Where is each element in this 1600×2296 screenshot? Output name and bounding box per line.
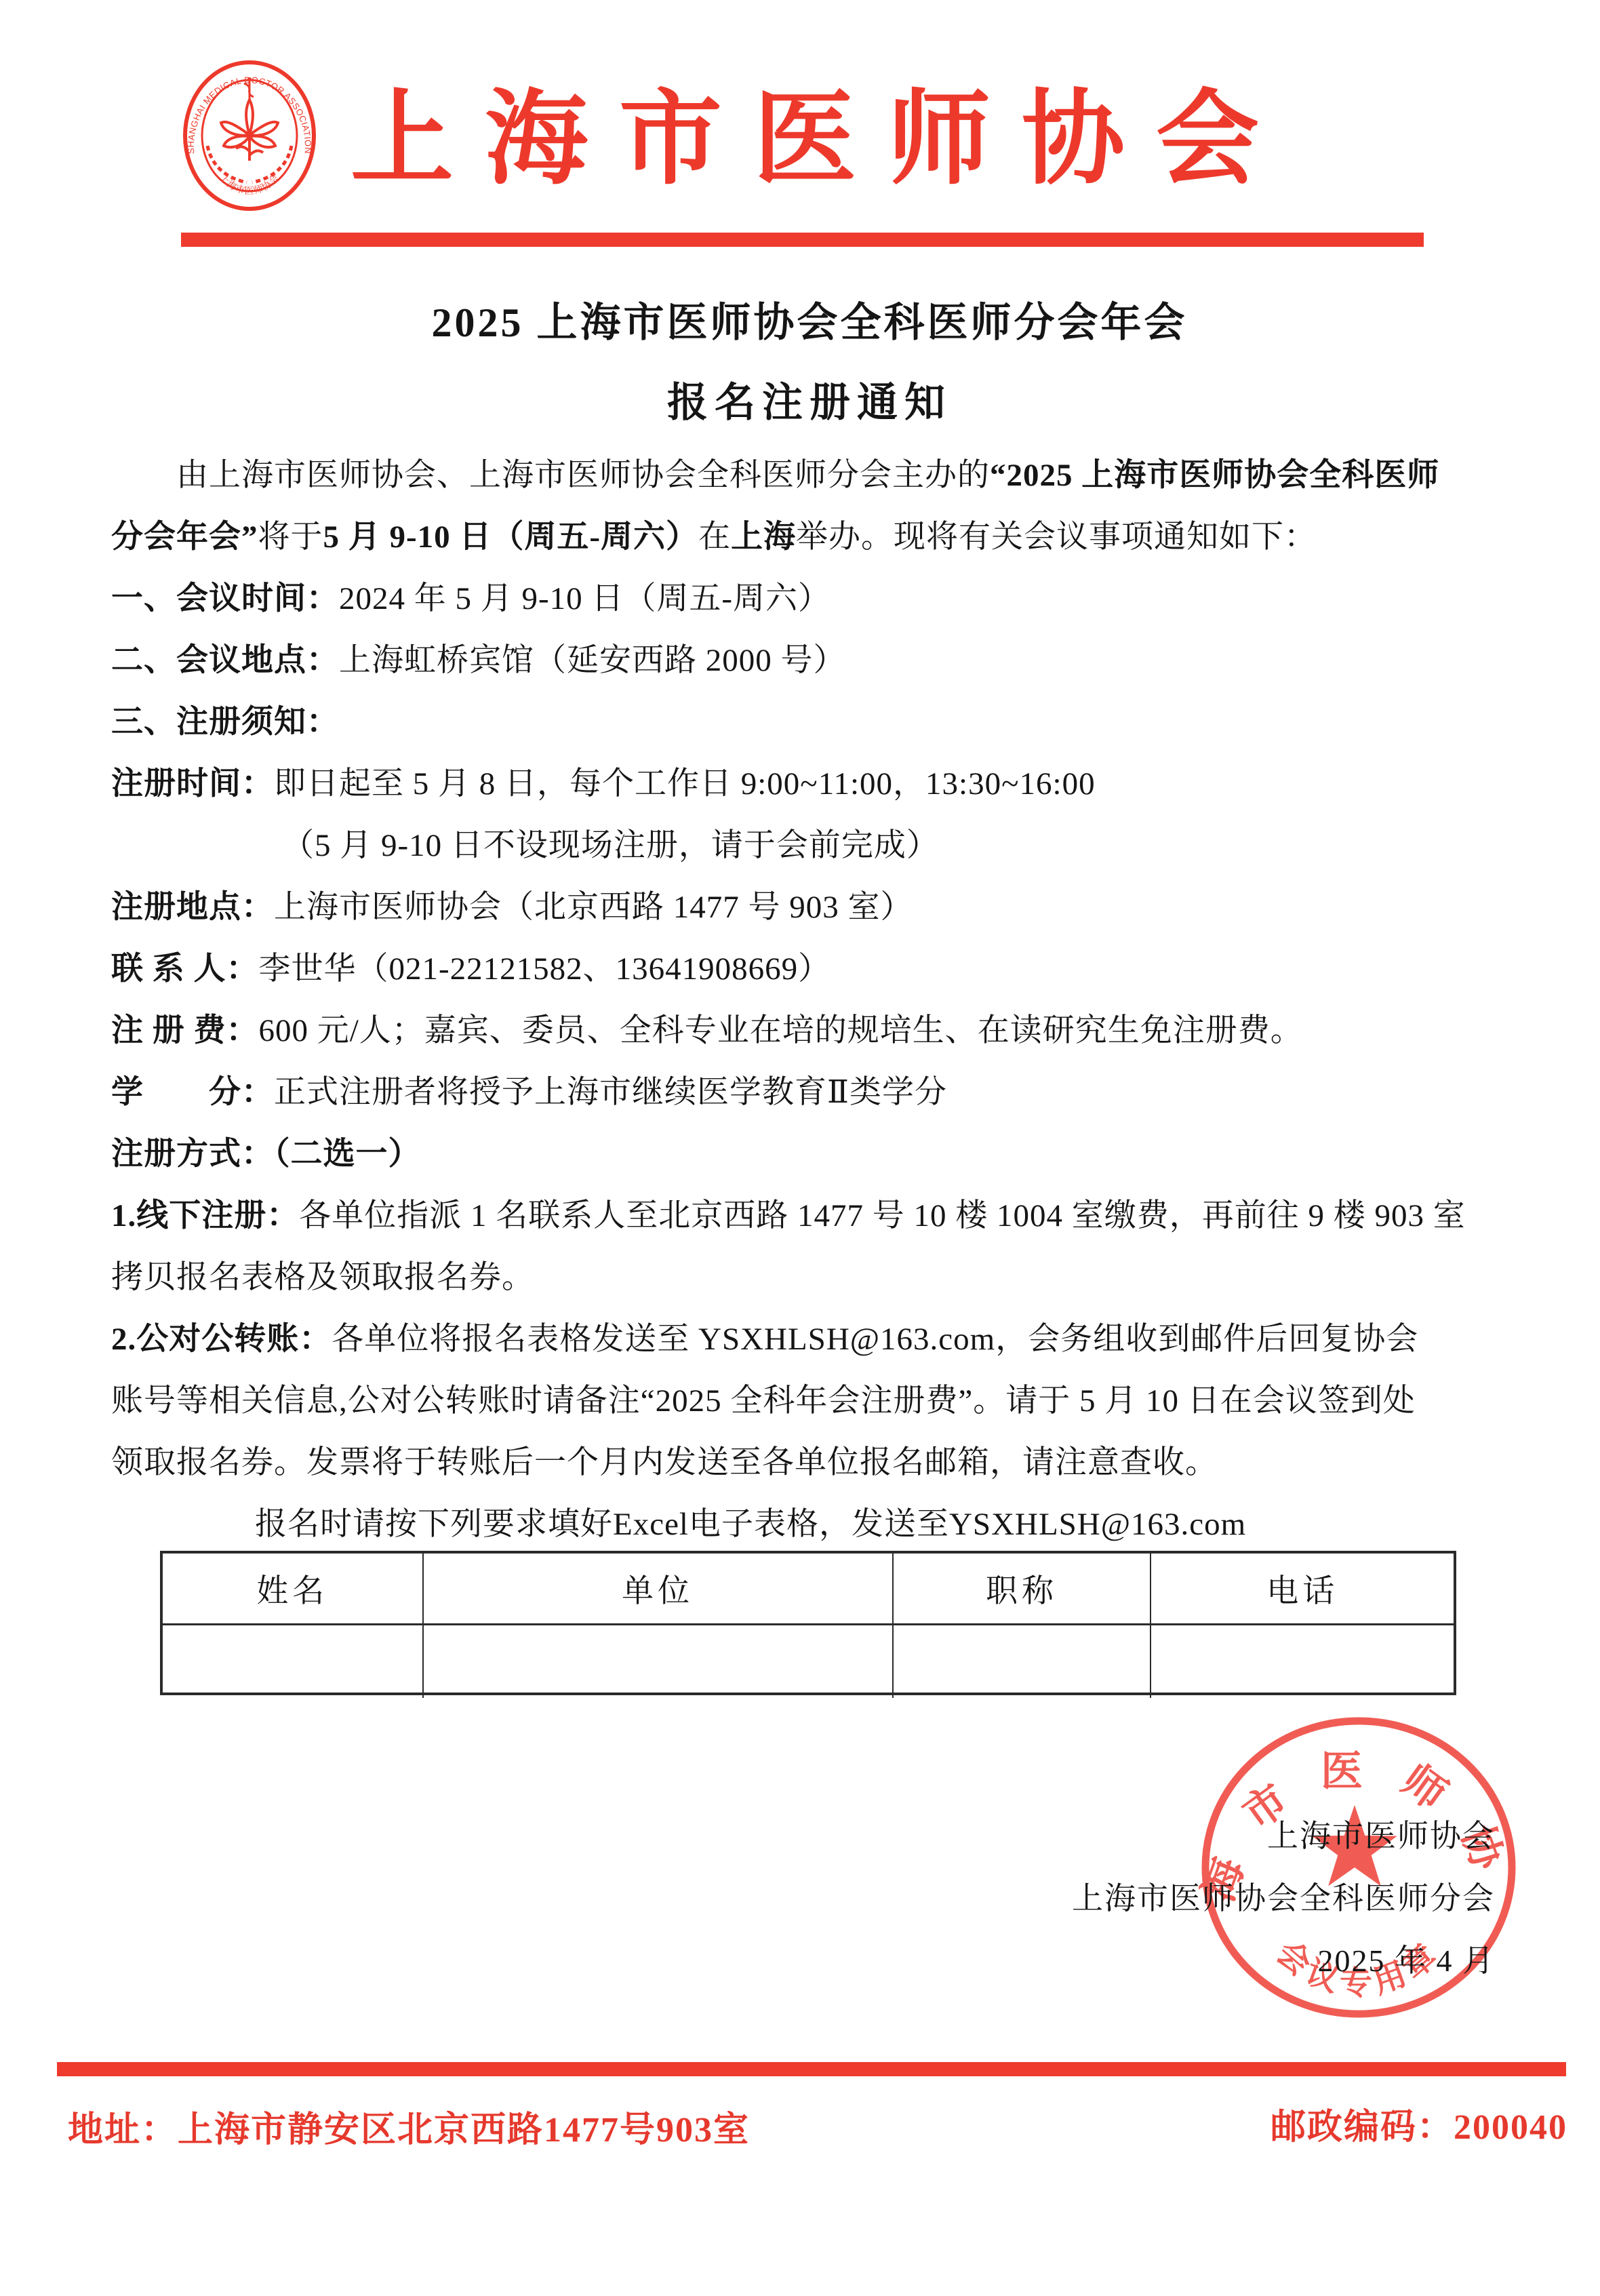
text-segment: “2025 上海市医师协会全科医师 [990, 458, 1439, 493]
text-segment: 李世华（021-22121582、13641908669） [259, 951, 831, 987]
signature-block: 上海市医师协会 上海市医师协会全科医师分会 2025 年 4 月 [1072, 1805, 1495, 1992]
header-cell-name: 姓名 [163, 1553, 424, 1623]
text-segment: （5 月 9-10 日不设现场注册，请于会前完成） [282, 828, 939, 863]
signature-line-branch: 上海市医师协会全科医师分会 [1072, 1867, 1495, 1930]
body-line-4: 二、会议地点：上海虹桥宾馆（延安西路 2000 号） [111, 630, 1474, 692]
body-line-17: 领取报名券。发票将于转账后一个月内发送至各单位报名邮箱，请注意查收。 [111, 1432, 1474, 1494]
body-line-2: 分会年会”将于5 月 9-10 日（周五-周六）在上海举办。现将有关会议事项通知… [111, 507, 1474, 568]
body-line-11: 学 分：正式注册者将授予上海市继续医学教育Ⅱ类学分 [111, 1062, 1474, 1124]
body-line-12: 注册方式：（二选一） [111, 1124, 1474, 1185]
body-line-7: （5 月 9-10 日不设现场注册，请于会前完成） [111, 815, 1474, 877]
text-segment: 上海虹桥宾馆（延安西路 2000 号） [339, 643, 846, 678]
body-line-3: 一、会议时间：2024 年 5 月 9-10 日（周五-周六） [111, 568, 1474, 630]
body-line-10: 注 册 费：600 元/人；嘉宾、委员、全科专业在培的规培生、在读研究生免注册费… [111, 1000, 1474, 1062]
body-line-16: 账号等相关信息,公对公转账时请备注“2025 全科年会注册费”。请于 5 月 1… [111, 1370, 1474, 1432]
empty-cell [894, 1625, 1152, 1698]
body-line-18: 报名时请按下列要求填好Excel电子表格，发送至YSXHLSH@163.com [111, 1494, 1474, 1556]
org-title: 上海市医师协会 [115, 87, 1525, 193]
body-line-5: 三、注册须知： [111, 692, 1474, 753]
footer-divider [57, 2062, 1566, 2076]
body-line-13: 1.线下注册：各单位指派 1 名联系人至北京西路 1477 号 10 楼 100… [111, 1185, 1474, 1247]
registration-table: 姓名 单位 职称 电话 [160, 1551, 1456, 1695]
text-segment: 分会年会” [111, 519, 258, 555]
text-segment: 注册时间： [111, 766, 274, 801]
text-segment: 二、会议地点： [111, 643, 339, 678]
text-segment: 联 系 人： [111, 951, 259, 987]
text-segment: 注册地点： [111, 890, 274, 925]
text-segment: 各单位指派 1 名联系人至北京西路 1477 号 10 楼 1004 室缴费，再… [299, 1198, 1466, 1233]
body-line-15: 2.公对公转账：各单位将报名表格发送至 YSXHLSH@163.com，会务组收… [111, 1309, 1474, 1370]
doc-subtitle: 报名注册通知 [111, 370, 1508, 429]
text-segment: 正式注册者将授予上海市继续医学教育Ⅱ类学分 [274, 1075, 947, 1110]
text-segment: 600 元/人；嘉宾、委员、全科专业在培的规培生、在读研究生免注册费。 [259, 1013, 1303, 1048]
body-line-9: 联 系 人：李世华（021-22121582、13641908669） [111, 938, 1474, 1000]
header-cell-phone: 电话 [1151, 1553, 1454, 1623]
text-segment: 2024 年 5 月 9-10 日（周五-周六） [339, 581, 831, 616]
header-divider [181, 233, 1424, 247]
text-segment: 各单位将报名表格发送至 YSXHLSH@163.com，会务组收到邮件后回复协会 [332, 1322, 1418, 1357]
text-segment: 三、注册须知： [111, 705, 339, 740]
signature-line-date: 2025 年 4 月 [1072, 1930, 1495, 1992]
body-line-1: 由上海市医师协会、上海市医师协会全科医师分会主办的“2025 上海市医师协会全科… [111, 445, 1474, 507]
text-segment: 报名时请按下列要求填好Excel电子表格，发送至YSXHLSH@163.com [255, 1507, 1246, 1542]
text-segment: 2.公对公转账： [111, 1322, 332, 1357]
header-cell-unit: 单位 [424, 1553, 894, 1623]
body-line-8: 注册地点：上海市医师协会（北京西路 1477 号 903 室） [111, 877, 1474, 938]
text-segment: 一、会议时间： [111, 581, 339, 616]
doc-title: 2025 上海市医师协会全科医师分会年会 [111, 290, 1508, 349]
header-cell-title: 职称 [894, 1553, 1152, 1623]
table-header-row: 姓名 单位 职称 电话 [163, 1553, 1454, 1625]
empty-cell [163, 1625, 424, 1698]
text-segment: 将于 [258, 519, 323, 555]
text-segment: 由上海市医师协会、上海市医师协会全科医师分会主办的 [176, 458, 990, 493]
text-segment: 即日起至 5 月 8 日，每个工作日 9:00~11:00，13:30~16:0… [274, 766, 1096, 801]
signature-line-org: 上海市医师协会 [1072, 1805, 1495, 1867]
text-segment: 1.线下注册： [111, 1198, 299, 1233]
body-text: 由上海市医师协会、上海市医师协会全科医师分会主办的“2025 上海市医师协会全科… [111, 445, 1474, 1556]
text-segment: 在 [698, 519, 731, 555]
text-segment: 注册方式：（二选一） [111, 1136, 421, 1172]
text-segment: 领取报名券。发票将于转账后一个月内发送至各单位报名邮箱，请注意查收。 [111, 1445, 1218, 1480]
text-segment: 学 分： [111, 1075, 274, 1110]
text-segment: 举办。现将有关会议事项通知如下： [796, 519, 1317, 555]
text-segment: 上海 [731, 519, 796, 555]
body-line-6: 注册时间：即日起至 5 月 8 日，每个工作日 9:00~11:00，13:30… [111, 753, 1474, 815]
text-segment: 注 册 费： [111, 1013, 259, 1048]
text-segment: 上海市医师协会（北京西路 1477 号 903 室） [274, 890, 913, 925]
footer-postal-code: 邮政编码：200040 [1271, 2098, 1567, 2149]
text-segment: 账号等相关信息,公对公转账时请备注“2025 全科年会注册费”。请于 5 月 1… [111, 1383, 1416, 1419]
text-segment: 5 月 9-10 日（周五-周六） [323, 519, 699, 555]
body-line-14: 拷贝报名表格及领取报名券。 [111, 1247, 1474, 1309]
footer-address: 地址：上海市静安区北京西路1477号903室 [68, 2101, 750, 2152]
text-segment: 拷贝报名表格及领取报名券。 [111, 1260, 534, 1295]
page: { "colors":{"accent_red":"#ed392b","stam… [0, 0, 1600, 2296]
empty-cell [424, 1625, 894, 1698]
table-empty-row [163, 1625, 1454, 1698]
empty-cell [1151, 1625, 1454, 1698]
